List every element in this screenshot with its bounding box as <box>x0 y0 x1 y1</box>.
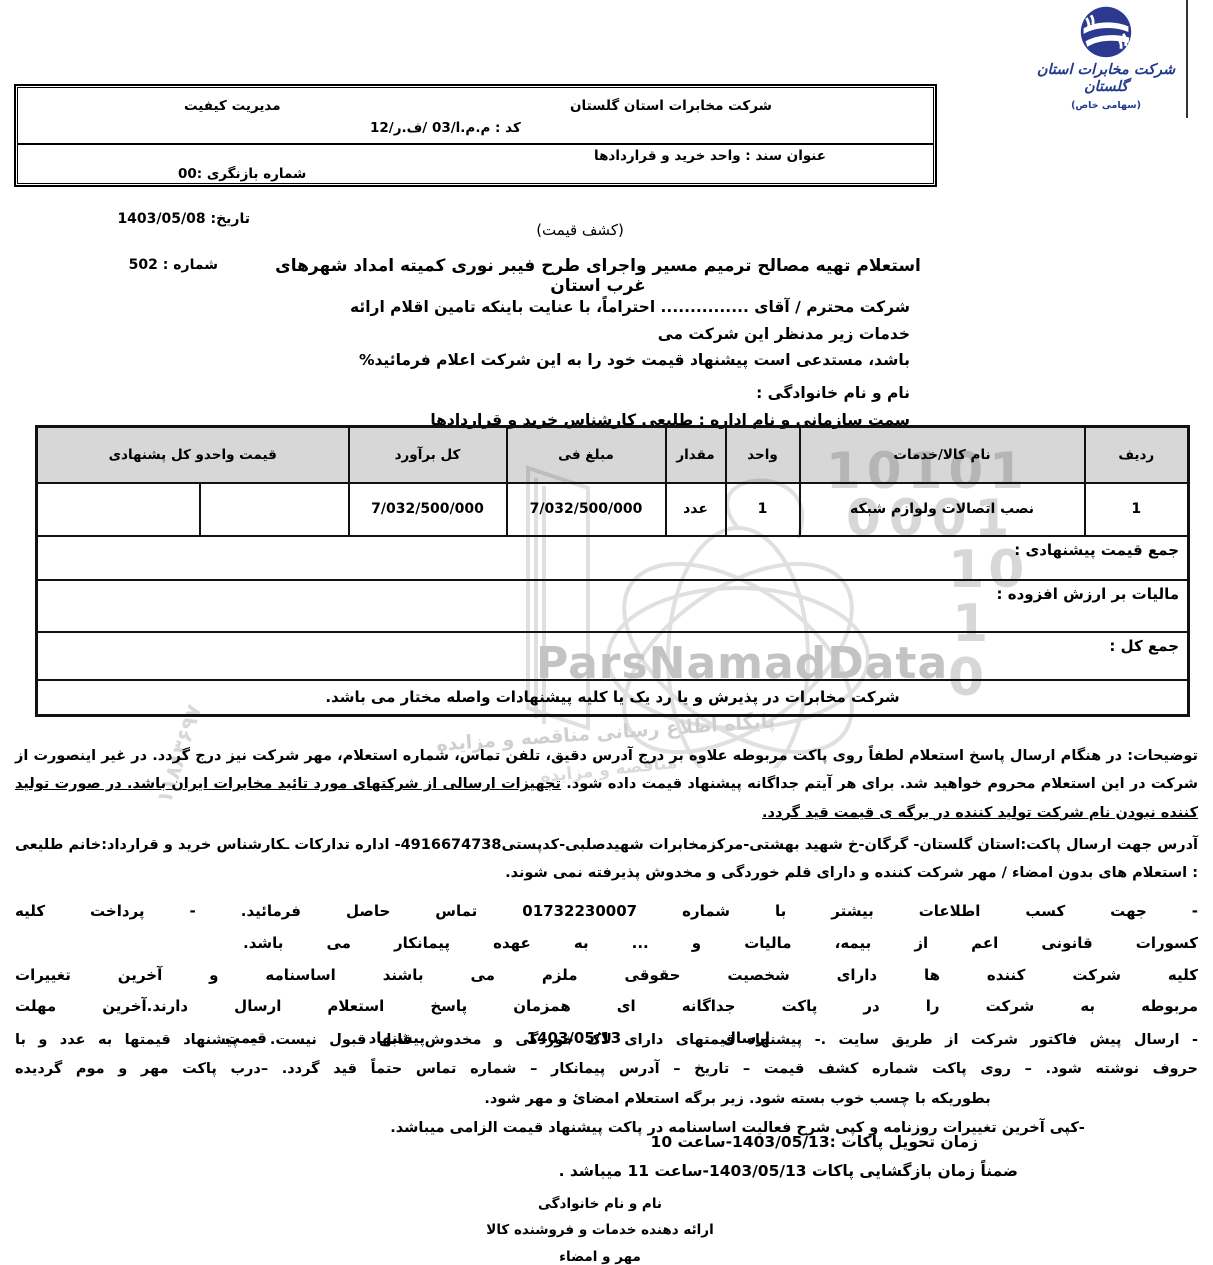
terms2-line-2: حروف نوشته شود. – روی پاکت شماره کشف قیم… <box>15 1055 1198 1084</box>
cell-unit: 1 <box>726 483 800 536</box>
column-header-proposed-price: قیمت واحدو کل پشنهادی <box>37 427 349 483</box>
column-header-estimate: کل برآورد <box>349 427 507 483</box>
logo-company-name: شرکت مخابرات استان گلستان <box>1028 62 1184 97</box>
vat-row: مالیات بر ارزش افزوده : <box>37 580 1189 632</box>
column-header-item: نام کالا/خدمات <box>800 427 1085 483</box>
terms2-line-3: بطوریکه با چسب خوب بسته شود. زیر برگه اس… <box>277 1085 1198 1114</box>
table-note: شرکت مخابرات در پذیرش و یا رد یک یا کلیه… <box>37 680 1189 716</box>
vat-label: مالیات بر ارزش افزوده : <box>37 580 1189 632</box>
grand-total-row: جمع کل : <box>37 632 1189 680</box>
delivery-times: زمان تحویل پاکات :1403/05/13-ساعت 10 ضمن… <box>15 1128 1198 1185</box>
page: { "logo": { "name": "شرکت مخابرات استان … <box>0 0 1213 1265</box>
intro-paragraph: شرکت محترم / آقای ............... احترام… <box>296 294 910 433</box>
sum-row: جمع قیمت پیشنهادی : <box>37 536 1189 580</box>
terms2-line-1: - ارسال پیش فاکتور شرکت از طریق سایت .- … <box>15 1026 1198 1055</box>
terms1-line-4: مربوطه به شرکت را در پاکت جداگانه ای همز… <box>15 991 1198 1023</box>
grand-total-label: جمع کل : <box>37 632 1189 680</box>
column-header-row-no: ردیف <box>1085 427 1189 483</box>
header-inner-border: شرکت مخابرات استان گلستان مدیریت کیفیت ک… <box>17 87 934 184</box>
document-header-box: شرکت مخابرات استان گلستان مدیریت کیفیت ک… <box>14 84 937 187</box>
header-document-code: کد : م.م.ا/03 /ف.ر/12 <box>370 120 521 136</box>
date-field: تاریخ: 1403/05/08 <box>100 211 250 227</box>
header-row-divider <box>18 143 933 145</box>
packet-opening-time: ضمناً زمان بازگشایی پاکات 1403/05/13-ساع… <box>15 1157 1018 1186</box>
number-field: شماره : 502 <box>98 257 218 273</box>
cell-unit-fee: 7/032/500/000 <box>507 483 666 536</box>
cell-total-estimate: 7/032/500/000 <box>349 483 507 536</box>
items-table: ردیف نام کالا/خدمات واحد مقدار مبلغ فی ک… <box>35 425 1190 717</box>
cell-proposed-unit-price <box>200 483 349 536</box>
address-paragraph: آدرس جهت ارسال پاکت:استان گلستان- گرگان-… <box>15 831 1198 888</box>
signature-name-label: نام و نام خانوادگی <box>410 1191 790 1217</box>
full-name-label: نام و نام خانوادگی : <box>296 380 910 407</box>
intro-line-2: باشد، مستدعی است پیشنهاد قیمت خود را به … <box>296 347 910 374</box>
signature-block: نام و نام خانوادگی ارائه دهنده خدمات و ف… <box>410 1191 790 1265</box>
table-header-row: ردیف نام کالا/خدمات واحد مقدار مبلغ فی ک… <box>37 427 1189 483</box>
cell-item-name: نصب اتصالات ولوازم شبکه <box>800 483 1085 536</box>
sum-label: جمع قیمت پیشنهادی : <box>37 536 1189 580</box>
signature-stamp-label: مهر و امضاء <box>410 1244 790 1265</box>
company-logo-block: شرکت مخابرات استان گلستان (سهامی خاص) <box>1028 4 1184 111</box>
inquiry-subject: استعلام تهیه مصالح ترمیم مسیر واجرای طرح… <box>268 256 928 296</box>
terms1-line-3: کلیه شرکت کننده ها دارای شخصیت حقوقی ملز… <box>15 960 1198 992</box>
logo-company-type: (سهامی خاص) <box>1028 100 1184 111</box>
notes-paragraph: توضیحات: در هنگام ارسال پاسخ استعلام لطف… <box>15 742 1198 827</box>
intro-line-1: شرکت محترم / آقای ............... احترام… <box>296 294 910 347</box>
column-header-fee: مبلغ فی <box>507 427 666 483</box>
table-note-row: شرکت مخابرات در پذیرش و یا رد یک یا کلیه… <box>37 680 1189 716</box>
header-revision-number: شماره بازنگری :00 <box>178 166 306 182</box>
cell-row-no: 1 <box>1085 483 1189 536</box>
page-title: (کشف قیمت) <box>330 221 830 239</box>
packet-delivery-time: زمان تحویل پاکات :1403/05/13-ساعت 10 <box>15 1128 978 1157</box>
logo-divider-line <box>1186 0 1188 118</box>
column-header-qty: مقدار <box>666 427 726 483</box>
header-document-title: عنوان سند : واحد خرید و قراردادها <box>594 148 826 164</box>
header-company-name: شرکت مخابرات استان گلستان <box>570 98 772 114</box>
telecom-globe-icon <box>1078 4 1134 60</box>
terms1-line-2: کسورات قانونی اعم از بیمه، مالیات و ... … <box>243 928 1198 960</box>
cell-proposed-total-price <box>37 483 200 536</box>
header-quality-management: مدیریت کیفیت <box>184 98 281 114</box>
cell-qty: عدد <box>666 483 726 536</box>
terms1-line-1: - جهت کسب اطلاعات بیشتر با شماره 0173223… <box>15 896 1198 928</box>
table-row: 1 نصب اتصالات ولوازم شبکه 1 عدد 7/032/50… <box>37 483 1189 536</box>
column-header-unit: واحد <box>726 427 800 483</box>
terms-block-2: - ارسال پیش فاکتور شرکت از طریق سایت .- … <box>15 1026 1198 1143</box>
signature-provider-label: ارائه دهنده خدمات و فروشنده کالا <box>410 1217 790 1243</box>
